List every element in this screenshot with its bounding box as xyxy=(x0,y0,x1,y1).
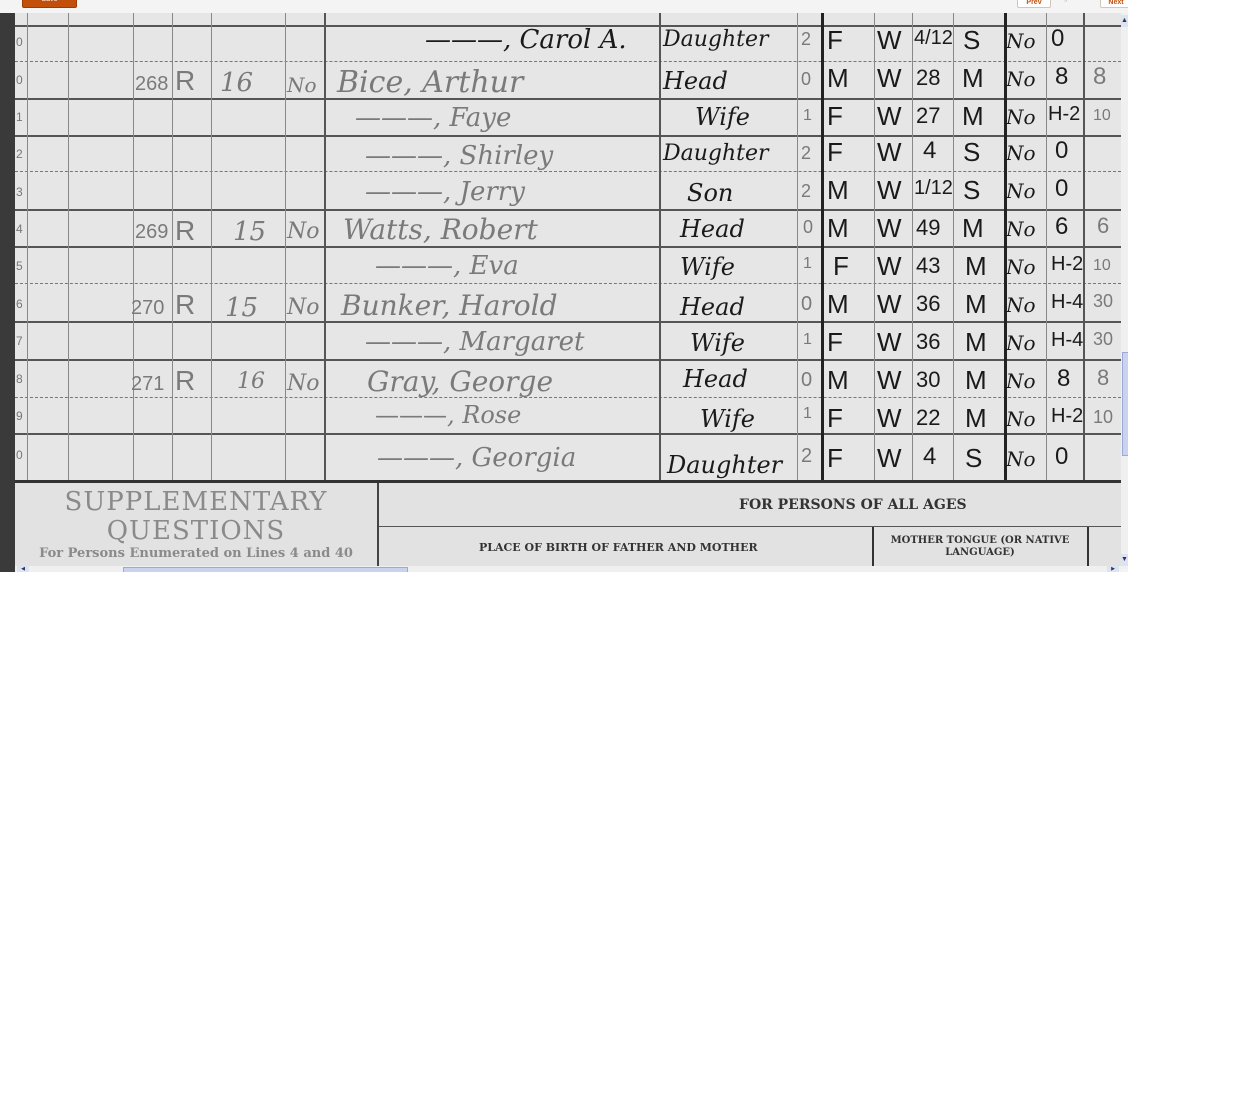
sex-cell: F xyxy=(827,25,843,56)
grade-code-cell: 10 xyxy=(1093,107,1111,125)
race-cell: W xyxy=(877,443,902,474)
school-cell: No xyxy=(1006,293,1036,317)
grade-code-cell: 30 xyxy=(1093,291,1113,312)
grade-cell: H-4 xyxy=(1051,329,1083,352)
tenure-cell: R xyxy=(175,215,195,247)
age-cell: 36 xyxy=(916,329,940,355)
relation-cell: Head xyxy=(680,293,745,321)
row-number: 3 xyxy=(16,185,23,199)
marital-cell: S xyxy=(963,25,980,56)
name-cell: ———, Eva xyxy=(375,251,519,281)
grade-cell: 0 xyxy=(1051,25,1064,53)
school-cell: No xyxy=(1006,407,1036,431)
sex-cell: M xyxy=(827,175,849,206)
race-cell: W xyxy=(877,63,902,94)
visit-number-cell: 269 xyxy=(135,221,168,244)
visit-number-cell: 270 xyxy=(131,297,164,320)
value-cell: 16 xyxy=(237,369,265,394)
grade-code-cell: 30 xyxy=(1093,329,1113,350)
marital-cell: M xyxy=(965,403,987,434)
name-cell: ———, Rose xyxy=(375,401,521,429)
visit-number-cell: 271 xyxy=(131,373,164,396)
race-cell: W xyxy=(877,213,902,244)
race-cell: W xyxy=(877,101,902,132)
sex-cell: M xyxy=(827,63,849,94)
marital-cell: M xyxy=(965,289,987,320)
relation-cell: Son xyxy=(687,179,733,207)
marital-cell: S xyxy=(963,137,980,168)
relation-code-cell: 2 xyxy=(801,445,812,468)
scroll-up-arrow-icon[interactable]: ▲ xyxy=(1121,15,1128,27)
prev-image-button[interactable]: Prev xyxy=(1017,0,1051,8)
school-cell: No xyxy=(1006,447,1036,471)
grade-cell: 0 xyxy=(1055,137,1068,165)
row-number: 1 xyxy=(16,110,23,124)
marital-cell: M xyxy=(965,251,987,282)
school-cell: No xyxy=(1006,141,1036,165)
sex-cell: F xyxy=(827,101,843,132)
sex-cell: M xyxy=(827,213,849,244)
relation-cell: Wife xyxy=(690,329,745,357)
marital-cell: S xyxy=(963,175,980,206)
row-number: 6 xyxy=(16,297,23,311)
relation-code-cell: 1 xyxy=(803,107,812,125)
age-cell: 4 xyxy=(923,443,936,471)
name-cell: ———, Margaret xyxy=(365,327,585,357)
image-count-label: Image 18 of 37 xyxy=(1054,0,1094,2)
age-cell: 1/12 xyxy=(914,177,953,200)
tenure-cell: R xyxy=(175,365,195,397)
row-number: 0 xyxy=(16,73,23,87)
scroll-down-arrow-icon[interactable]: ▼ xyxy=(1121,554,1128,566)
grade-code-cell: 6 xyxy=(1097,213,1109,239)
relation-cell: Head xyxy=(663,67,728,95)
sex-cell: M xyxy=(827,289,849,320)
grade-code-cell: 8 xyxy=(1097,365,1109,391)
relation-code-cell: 0 xyxy=(801,293,812,316)
relation-cell: Head xyxy=(683,365,748,393)
supplementary-subtitle: For Persons Enumerated on Lines 4 and 40 xyxy=(15,546,377,561)
save-button[interactable]: Save xyxy=(22,0,77,8)
race-cell: W xyxy=(877,365,902,396)
school-cell: No xyxy=(1006,331,1036,355)
name-cell: ———, Georgia xyxy=(377,443,576,473)
vertical-scroll-thumb[interactable] xyxy=(1122,352,1128,456)
grade-cell: H-2 xyxy=(1051,405,1083,428)
age-cell: 43 xyxy=(916,253,940,279)
sex-cell: F xyxy=(827,443,843,474)
relation-cell: Daughter xyxy=(663,141,769,166)
school-cell: No xyxy=(1006,179,1036,203)
mother-tongue-header: MOTHER TONGUE (OR NATIVE LANGUAGE) xyxy=(875,535,1085,559)
age-cell: 49 xyxy=(916,215,940,241)
sex-cell: F xyxy=(827,137,843,168)
name-cell: ———, Carol A. xyxy=(425,25,627,55)
supplementary-questions-section: SUPPLEMENTARY QUESTIONS For Persons Enum… xyxy=(15,480,1121,569)
race-cell: W xyxy=(877,137,902,168)
relation-cell: Daughter xyxy=(663,27,769,52)
visit-number-cell: 268 xyxy=(135,73,168,96)
race-cell: W xyxy=(877,403,902,434)
relation-cell: Wife xyxy=(695,103,750,131)
place-of-birth-header: PLACE OF BIRTH OF FATHER AND MOTHER xyxy=(479,541,758,554)
relation-cell: Wife xyxy=(700,405,755,433)
relation-code-cell: 0 xyxy=(801,69,811,90)
school-cell: No xyxy=(1006,105,1036,129)
school-cell: No xyxy=(1006,67,1036,91)
relation-code-cell: 1 xyxy=(803,405,812,423)
row-number: 0 xyxy=(16,448,23,462)
grade-cell: H-2 xyxy=(1051,253,1083,276)
divider xyxy=(872,527,874,569)
age-cell: 4/12 xyxy=(914,27,953,50)
census-document-image[interactable]: 0 0 1 2 3 4 5 6 7 8 9 0 ———, Carol A. Da… xyxy=(15,13,1121,569)
race-cell: W xyxy=(877,175,902,206)
race-cell: W xyxy=(877,289,902,320)
grade-code-cell: 10 xyxy=(1093,407,1113,428)
relation-code-cell: 0 xyxy=(803,217,813,238)
marital-cell: M xyxy=(965,327,987,358)
race-cell: W xyxy=(877,251,902,282)
row-number: 0 xyxy=(16,35,23,49)
school-cell: No xyxy=(1006,369,1036,393)
relation-code-cell: 2 xyxy=(801,29,811,50)
age-cell: 22 xyxy=(916,405,940,431)
grade-cell: 8 xyxy=(1055,63,1068,91)
row-number: 9 xyxy=(16,409,23,423)
grade-cell: 0 xyxy=(1055,175,1068,203)
relation-cell: Head xyxy=(680,215,745,243)
all-ages-header: FOR PERSONS OF ALL AGES xyxy=(739,497,967,513)
farm-cell: No xyxy=(287,295,320,320)
age-cell: 36 xyxy=(916,291,940,317)
name-cell: Bunker, Harold xyxy=(341,289,558,322)
name-cell: Gray, George xyxy=(367,365,553,398)
row-number: 5 xyxy=(16,259,23,273)
marital-cell: M xyxy=(962,213,984,244)
supplementary-title-line2: QUESTIONS xyxy=(15,516,377,546)
marital-cell: M xyxy=(962,101,984,132)
age-cell: 30 xyxy=(916,367,940,393)
viewer-toolbar: Save Prev Image 18 of 37 Next xyxy=(0,0,1128,13)
horizontal-scrollbar[interactable]: ◀ ▶ xyxy=(15,566,1121,572)
marital-cell: M xyxy=(962,63,984,94)
sex-cell: F xyxy=(833,251,849,282)
row-number: 4 xyxy=(16,222,23,236)
school-cell: No xyxy=(1006,29,1036,53)
relation-code-cell: 2 xyxy=(801,143,811,164)
race-cell: W xyxy=(877,25,902,56)
tenure-cell: R xyxy=(175,65,195,97)
divider xyxy=(379,526,1121,527)
value-cell: 15 xyxy=(233,217,266,247)
farm-cell: No xyxy=(287,73,317,97)
grade-cell: 0 xyxy=(1055,443,1068,471)
name-cell: ———, Faye xyxy=(355,103,511,133)
age-cell: 4 xyxy=(923,137,936,165)
grade-cell: 6 xyxy=(1055,213,1068,241)
left-gutter xyxy=(0,0,15,572)
relation-code-cell: 1 xyxy=(803,255,812,273)
relation-code-cell: 0 xyxy=(801,369,812,392)
vertical-scrollbar[interactable]: ▲ ▼ xyxy=(1121,13,1128,569)
value-cell: 15 xyxy=(225,293,258,323)
grade-code-cell: 8 xyxy=(1093,63,1106,91)
row-number: 7 xyxy=(16,334,23,348)
marital-cell: S xyxy=(965,443,982,474)
row-number: 2 xyxy=(16,147,23,161)
census-image-viewer: Save Prev Image 18 of 37 Next xyxy=(0,0,1128,572)
name-cell: ———, Shirley xyxy=(365,141,553,171)
scroll-left-arrow-icon[interactable]: ◀ xyxy=(17,566,29,572)
scroll-right-arrow-icon[interactable]: ▶ xyxy=(1107,566,1119,572)
next-image-button[interactable]: Next xyxy=(1100,0,1128,8)
marital-cell: M xyxy=(965,365,987,396)
sex-cell: F xyxy=(827,403,843,434)
age-cell: 27 xyxy=(916,103,940,129)
value-cell: 16 xyxy=(220,68,253,98)
school-cell: No xyxy=(1006,217,1036,241)
race-cell: W xyxy=(877,327,902,358)
grade-cell: 8 xyxy=(1057,365,1070,393)
sex-cell: M xyxy=(827,365,849,396)
supplementary-title: SUPPLEMENTARY xyxy=(15,487,377,517)
name-cell: Watts, Robert xyxy=(343,213,538,246)
divider xyxy=(1087,527,1089,569)
relation-cell: Daughter xyxy=(667,451,782,479)
relation-code-cell: 1 xyxy=(803,331,812,349)
name-cell: Bice, Arthur xyxy=(337,65,523,100)
relation-cell: Wife xyxy=(680,253,735,281)
age-cell: 28 xyxy=(916,65,940,91)
grade-code-cell: 10 xyxy=(1093,257,1111,275)
relation-code-cell: 2 xyxy=(801,181,811,202)
sex-cell: F xyxy=(827,327,843,358)
horizontal-scroll-thumb[interactable] xyxy=(123,567,408,572)
farm-cell: No xyxy=(287,371,320,396)
row-number: 8 xyxy=(16,372,23,386)
tenure-cell: R xyxy=(175,289,195,321)
name-cell: ———, Jerry xyxy=(365,177,525,207)
farm-cell: No xyxy=(287,219,320,244)
grade-cell: H-2 xyxy=(1048,103,1080,126)
school-cell: No xyxy=(1006,255,1036,279)
grade-cell: H-4 xyxy=(1051,291,1083,314)
